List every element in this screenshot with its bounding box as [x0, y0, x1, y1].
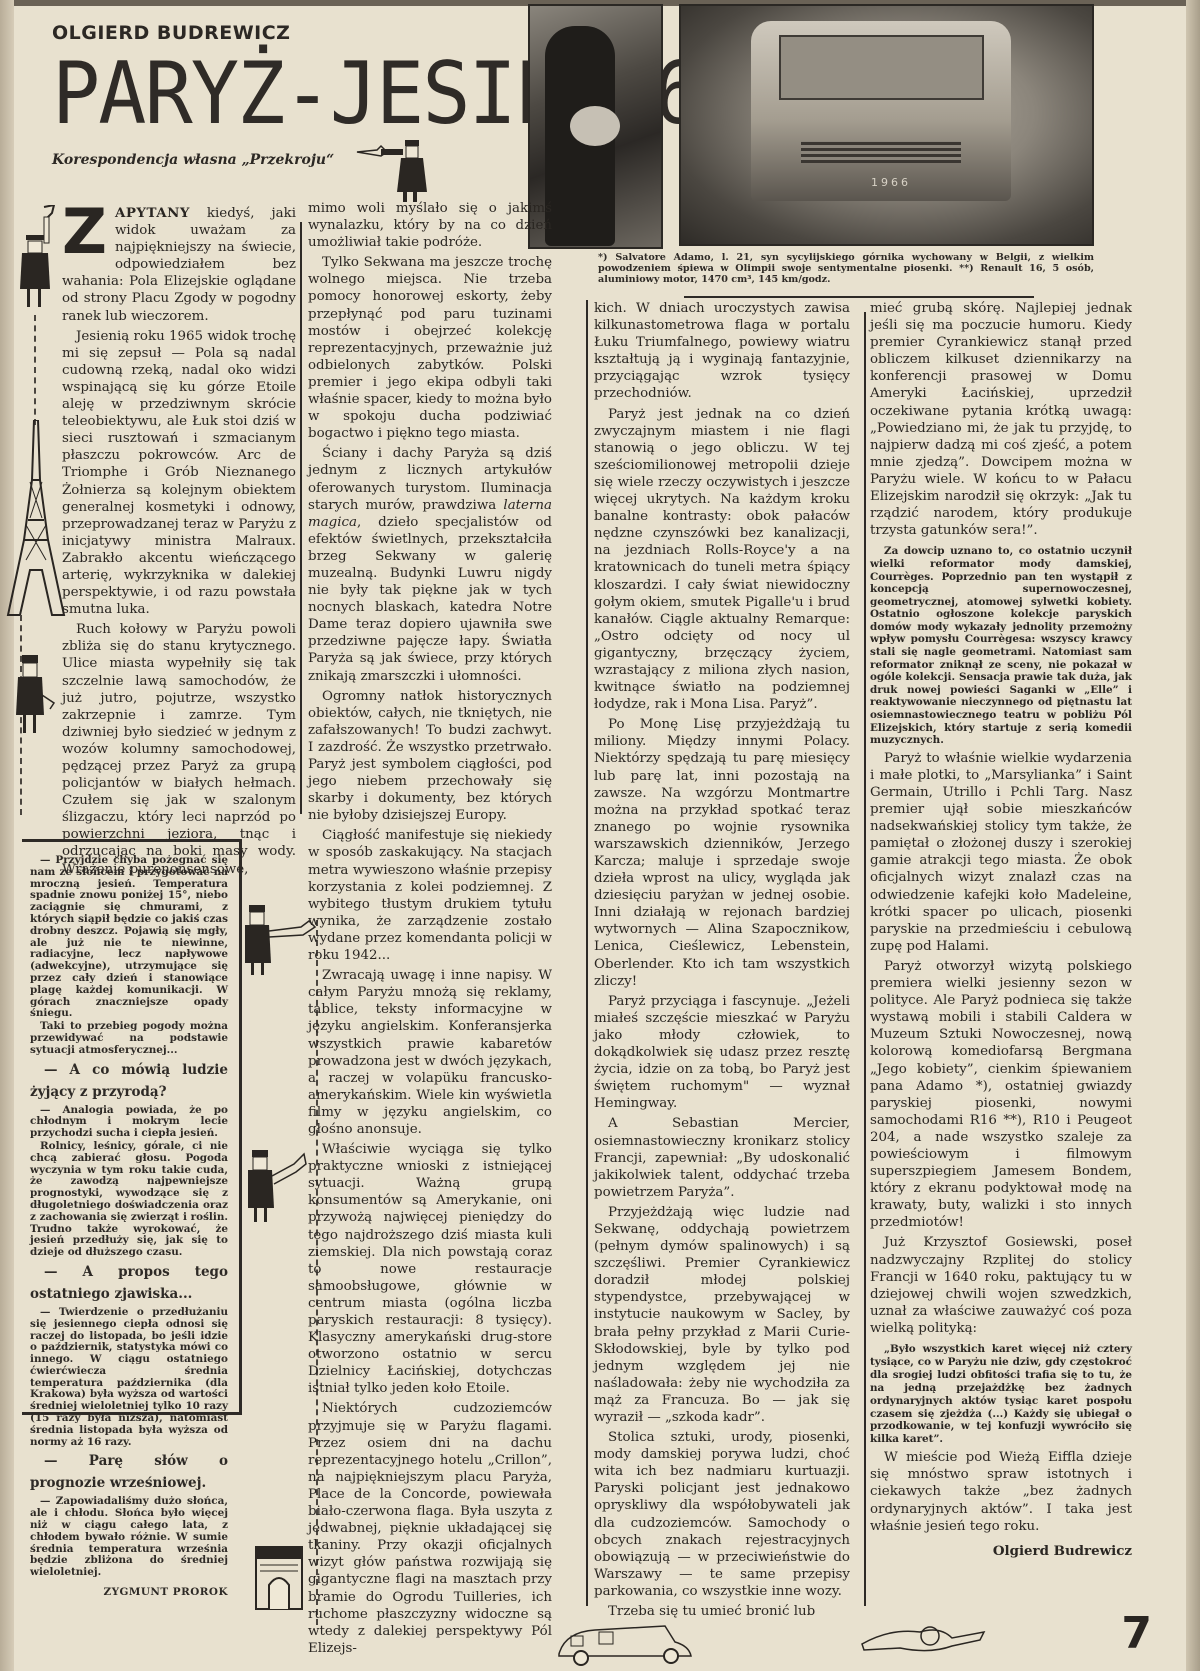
arc-de-triomphe-icon [254, 1545, 304, 1611]
article-paragraph: Przyjeżdżają więc ludzie nad Sekwanę, od… [594, 1204, 850, 1426]
crawling-man-pointing-icon [860, 1618, 990, 1658]
article-paragraph: Właściwie wyciąga się tylko praktyczne w… [308, 1141, 552, 1397]
renault-car-photo: 1966 [679, 4, 1094, 246]
car-grille [801, 141, 961, 163]
article-subtitle: Korespondencja własna „Przekroju“ [52, 152, 334, 168]
pointing-gendarme-icon [355, 140, 435, 202]
article-paragraph: Ogromny natłok historycznych obiektów, c… [308, 688, 552, 825]
eiffel-tower-icon [4, 420, 68, 620]
article-paragraph: ZAPYTANY kiedyś, jaki widok uważam za na… [62, 205, 296, 325]
column-rule [300, 222, 302, 814]
article-paragraph: Paryż otworzył wizytą polskiego premiera… [870, 958, 1132, 1232]
article-paragraph: Ciągłość manifestuje się niekiedy w spos… [308, 827, 552, 964]
article-paragraph: Paryż to właśnie wielkie wydarzenia i ma… [870, 750, 1132, 955]
page-gutter-right [1186, 0, 1200, 1671]
article-paragraph: Zwracają uwagę i inne napisy. W całym Pa… [308, 967, 552, 1138]
weather-signature: ZYGMUNT PROROK [30, 1587, 228, 1599]
column-rule [586, 300, 588, 1606]
article-paragraph: Jesienią roku 1965 widok trochę mi się z… [62, 328, 296, 619]
article-paragraph: Paryż jest jednak na co dzień zwyczajnym… [594, 406, 850, 714]
car-license-plate: 1966 [866, 176, 916, 190]
article-column-3: kich. W dniach uroczystych zawisa kilkun… [594, 300, 850, 1623]
weather-paragraph: Rolnicy, leśnicy, górale, ci nie chcą za… [30, 1141, 228, 1259]
raised-hand-gendarme-icon [18, 205, 58, 315]
weather-paragraph: Taki to przebieg pogody można przewidywa… [30, 1021, 228, 1056]
article-column-4: mieć grubą skórę. Najlepiej jednak jeśli… [870, 300, 1132, 1563]
article-paragraph: A Sebastian Mercier, osiemnastowieczny k… [594, 1115, 850, 1200]
article-paragraph: mimo woli myślało się o jakimś wynalazku… [308, 200, 552, 251]
article-column-2: mimo woli myślało się o jakimś wynalazku… [308, 200, 552, 1660]
gendarme-with-baton-icon [10, 655, 56, 745]
author-byline: OLGIERD BUDREWICZ [52, 22, 290, 44]
gendarme-hand-raised-icon [248, 1150, 308, 1230]
article-paragraph: kich. W dniach uroczystych zawisa kilkun… [594, 300, 850, 403]
article-paragraph: Paryż przyciąga i fascynuje. „Jeżeli mia… [594, 993, 850, 1113]
column-rule [864, 312, 866, 1606]
magazine-page: OLGIERD BUDREWICZ PARYŻ-JESIEŃ 65 Koresp… [0, 0, 1200, 1671]
article-paragraph: mieć grubą skórę. Najlepiej jednak jeśli… [870, 300, 1132, 539]
weather-paragraph: — Zapowiadaliśmy dużo słońca, ale i chło… [30, 1496, 228, 1579]
article-paragraph: Stolica sztuki, urody, piosenki, mody da… [594, 1429, 850, 1600]
article-small-paragraph: Za dowcip uznano to, co ostatnio uczynił… [870, 545, 1132, 747]
car-body: 1966 [751, 21, 1011, 201]
page-gutter-left [0, 0, 14, 1671]
weather-question: — A propos tego ostatniego zjawiska... [30, 1261, 228, 1305]
weather-paragraph: — Przyjdzie chyba pożegnać się nam ze sł… [30, 855, 228, 1020]
page-number: 7 [1121, 1612, 1152, 1656]
weather-paragraph: — Analogia powiada, że po chłodnym i mok… [30, 1105, 228, 1140]
article-paragraph: Tylko Sekwana ma jeszcze trochę wolnego … [308, 254, 552, 442]
article-paragraph: W mieście pod Wieżą Eiffla dzieje się mn… [870, 1449, 1132, 1534]
article-signature: Olgierd Budrewicz [870, 1543, 1132, 1560]
vintage-car-icon [555, 1618, 695, 1668]
weather-question: — A co mówią ludzie żyjący z przyrodą? [30, 1059, 228, 1103]
historical-quote: „Było wszystkich karet więcej niż cztery… [870, 1343, 1132, 1446]
dashed-line [34, 315, 36, 425]
car-windshield [779, 35, 984, 100]
weather-forecast-text: — Przyjdzie chyba pożegnać się nam ze sł… [30, 855, 228, 1600]
lead-word: APYTANY [115, 205, 190, 221]
article-paragraph: Trzeba się tu umieć bronić lub [594, 1603, 850, 1620]
article-paragraph: Po Monę Lisę przyjeżdżają tu miliony. Mi… [594, 716, 850, 990]
photo-caption: *) Salvatore Adamo, l. 21, syn sycylijsk… [598, 252, 1094, 285]
article-paragraph: Ściany i dachy Paryża są dziś jednym z l… [308, 445, 552, 684]
drop-cap: Z [62, 207, 107, 257]
article-column-1: ZAPYTANY kiedyś, jaki widok uważam za na… [62, 205, 296, 881]
weather-question: — Parę słów o prognozie wrześniowej. [30, 1450, 228, 1494]
pointing-gendarme-icon-2 [245, 905, 317, 975]
weather-paragraph: — Twierdzenie o przedłużaniu się jesienn… [30, 1307, 228, 1449]
caption-rule [684, 296, 1034, 298]
mandolin-icon [570, 106, 620, 146]
article-paragraph: Już Krzysztof Gosiewski, poseł nadzwycza… [870, 1234, 1132, 1337]
article-paragraph: Niektórych cudzoziemców przyjmuje się w … [308, 1400, 552, 1656]
